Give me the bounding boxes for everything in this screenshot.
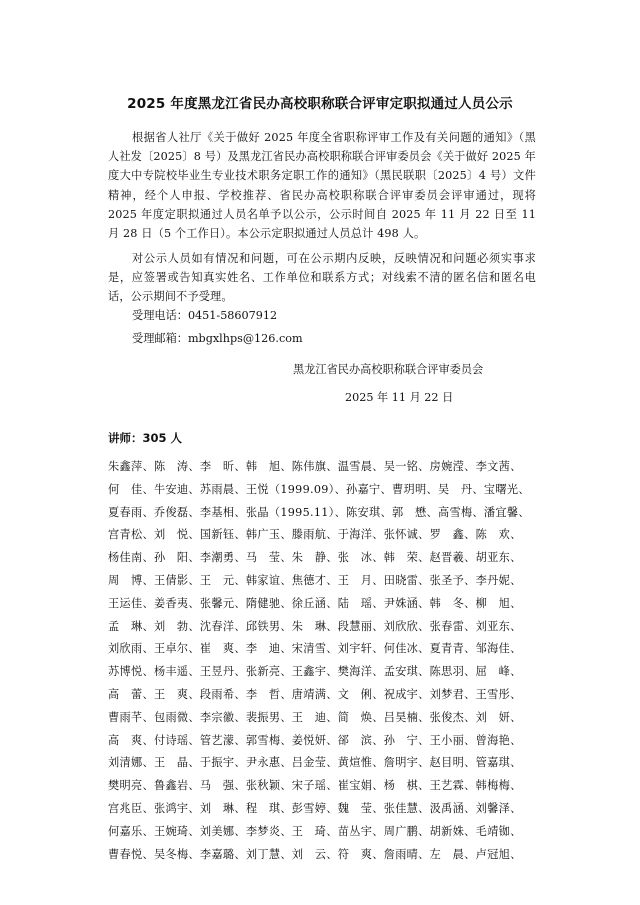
- contact-email: 受理邮箱：mbgxlhps@126.com: [132, 330, 303, 346]
- name-line: 杨佳南、孙 阳、李潮勇、马 莹、朱 静、张 冰、韩 荣、赵晋羲、胡亚东、: [108, 547, 538, 570]
- name-line: 王运佳、姜香夷、张馨元、隋健驰、徐丘涵、陆 瑶、尹姝涵、韩 冬、柳 旭、: [108, 593, 538, 616]
- name-line: 宫兆臣、张鸿宇、刘 琳、程 琪、彭雪婷、魏 莹、张佳慧、汲禹涵、刘馨泽、: [108, 798, 538, 821]
- section-heading-lecturers: 讲师：305 人: [108, 430, 182, 446]
- contact-phone: 受理电话：0451-58607912: [132, 307, 277, 323]
- name-line: 高 蕾、王 爽、段雨希、李 哲、唐靖满、文 俐、祝成宇、刘梦君、王雪彤、: [108, 684, 538, 707]
- name-line: 孟 琳、刘 勃、沈春洋、邱铁男、朱 琳、段慧丽、刘欣欣、张春雷、刘亚东、: [108, 616, 538, 639]
- name-line: 周 博、王倩影、王 元、韩家谊、焦德才、王 月、田晓雷、张圣予、李丹妮、: [108, 570, 538, 593]
- feedback-paragraph: 对公示人员如有情况和问题，可在公示期内反映，反映情况和问题必须实事求是，应签署或…: [108, 249, 536, 307]
- document-page: 2025 年度黑龙江省民办高校职称联合评审定职拟通过人员公示 根据省人社厅《关于…: [0, 0, 640, 905]
- name-line: 曹春悦、吴冬梅、李嘉璐、刘丁慧、刘 云、符 爽、詹雨晴、左 晨、卢冠旭、: [108, 844, 538, 867]
- name-line: 朱鑫萍、陈 涛、李 昕、韩 旭、陈伟旗、温雪晨、吴一铭、房婉滢、李文茜、: [108, 456, 538, 479]
- name-line: 刘欣雨、王卓尔、崔 爽、李 迪、宋清雪、刘宇轩、何佳冰、夏青青、邹海佳、: [108, 638, 538, 661]
- name-line: 曹雨芊、包雨微、李宗徽、裴振男、王 迪、简 焕、吕昊楠、张俊杰、刘 妍、: [108, 707, 538, 730]
- signature-organization: 黑龙江省民办高校职称联合评审委员会: [293, 361, 483, 377]
- name-line: 宫青松、刘 悦、国新钰、韩广玉、滕雨航、于海洋、张怀诚、罗 鑫、陈 欢、: [108, 524, 538, 547]
- name-line: 樊明亮、鲁鑫岩、马 强、张秋颖、宋子瑶、崔宝娟、杨 棋、王艺霖、韩梅梅、: [108, 775, 538, 798]
- document-title: 2025 年度黑龙江省民办高校职称联合评审定职拟通过人员公示: [0, 92, 640, 112]
- name-line: 刘清娜、王 晶、于振宇、尹永惠、吕金莹、黄煊惟、詹明宇、赵目明、管嘉琪、: [108, 752, 538, 775]
- name-line: 高 爽、付诗瑶、管艺濛、郭雪梅、姜悦妍、郤 滨、孙 宁、王小丽、曾海艳、: [108, 730, 538, 753]
- name-line: 何嘉乐、王婉琦、刘美娜、李梦炎、王 琦、苗丛宇、周广鹏、胡新姝、毛靖铷、: [108, 821, 538, 844]
- intro-paragraph: 根据省人社厅《关于做好 2025 年度全省职称评审工作及有关问题的通知》（黑人社…: [108, 128, 536, 243]
- name-line: 夏春雨、乔俊磊、李基相、张晶（1995.11）、陈安琪、郭 懋、高雪梅、潘宜馨、: [108, 502, 538, 525]
- name-line: 何 佳、牛安迪、苏雨晨、王悦（1999.09）、孙嘉宁、曹玥明、吴 丹、宝曙光、: [108, 479, 538, 502]
- name-list: 朱鑫萍、陈 涛、李 昕、韩 旭、陈伟旗、温雪晨、吴一铭、房婉滢、李文茜、 何 佳…: [108, 456, 538, 866]
- signature-date: 2025 年 11 月 22 日: [345, 389, 453, 405]
- name-line: 苏博悦、杨丰遥、王昱丹、张新亮、王鑫宇、樊海洋、孟安琪、陈思羽、屈 峰、: [108, 661, 538, 684]
